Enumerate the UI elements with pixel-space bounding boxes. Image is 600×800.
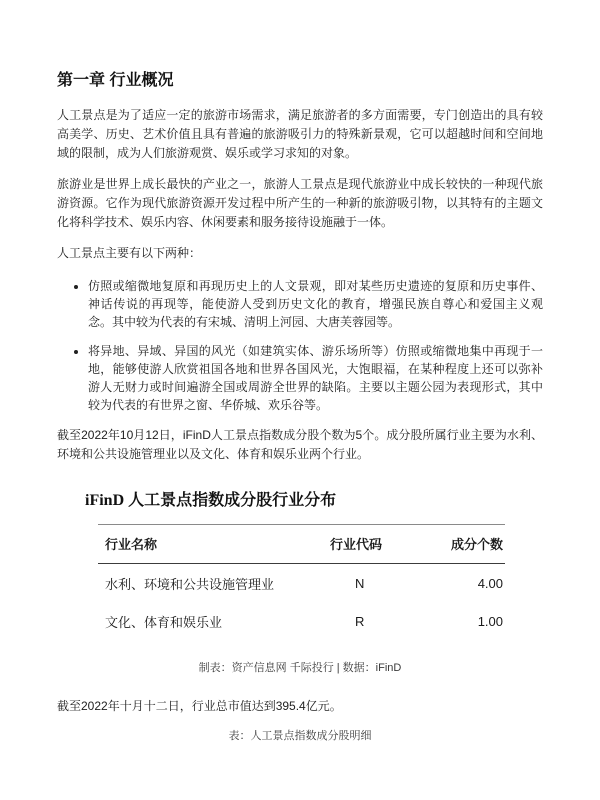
table-title: iFinD 人工景点指数成分股行业分布	[85, 491, 543, 511]
attraction-types-list: 仿照或缩微地复原和再现历史上的人文景观，即对某些历史遗迹的复原和历史事件、神话传…	[57, 277, 543, 414]
column-header-constituent-count: 成分个数	[411, 525, 505, 564]
document-page: 第一章 行业概况 人工景点是为了适应一定的旅游市场需求，满足旅游者的多方面需要，…	[0, 0, 600, 800]
table-source-caption: 制表：资产信息网 千际投行 | 数据：iFinD	[57, 661, 543, 676]
column-header-industry-name: 行业名称	[98, 525, 330, 564]
cell-industry-code: N	[330, 564, 411, 603]
market-cap-paragraph: 截至2022年十月十二日，行业总市值达到395.4亿元。	[57, 697, 543, 716]
cell-industry-code: R	[330, 602, 411, 640]
constituents-count-paragraph: 截至2022年10月12日，iFinD人工景点指数成分股个数为5个。成分股所属行…	[57, 426, 543, 464]
next-table-caption: 表：人工景点指数成分股明细	[57, 729, 543, 744]
cell-constituent-count: 4.00	[411, 564, 505, 603]
tourism-industry-paragraph: 旅游业是世界上成长最快的产业之一，旅游人工景点是现代旅游业中成长较快的一种现代旅…	[57, 175, 543, 232]
chapter-heading: 第一章 行业概况	[57, 70, 543, 92]
cell-constituent-count: 1.00	[411, 602, 505, 640]
table-row: 水利、环境和公共设施管理业 N 4.00	[98, 564, 505, 603]
two-types-lead-in: 人工景点主要有以下两种：	[57, 244, 543, 263]
cell-industry-name: 文化、体育和娱乐业	[98, 602, 330, 640]
column-header-industry-code: 行业代码	[330, 525, 411, 564]
cell-industry-name: 水利、环境和公共设施管理业	[98, 564, 330, 603]
list-item: 仿照或缩微地复原和再现历史上的人文景观，即对某些历史遗迹的复原和历史事件、神话传…	[88, 277, 543, 331]
table-header-row: 行业名称 行业代码 成分个数	[98, 525, 505, 564]
table-row: 文化、体育和娱乐业 R 1.00	[98, 602, 505, 640]
list-item: 将异地、异域、异国的风光（如建筑实体、游乐场所等）仿照或缩微地集中再现于一地，能…	[88, 342, 543, 414]
intro-paragraph: 人工景点是为了适应一定的旅游市场需求，满足旅游者的多方面需要，专门创造出的具有较…	[57, 106, 543, 163]
industry-distribution-table: 行业名称 行业代码 成分个数 水利、环境和公共设施管理业 N 4.00 文化、体…	[98, 524, 505, 640]
